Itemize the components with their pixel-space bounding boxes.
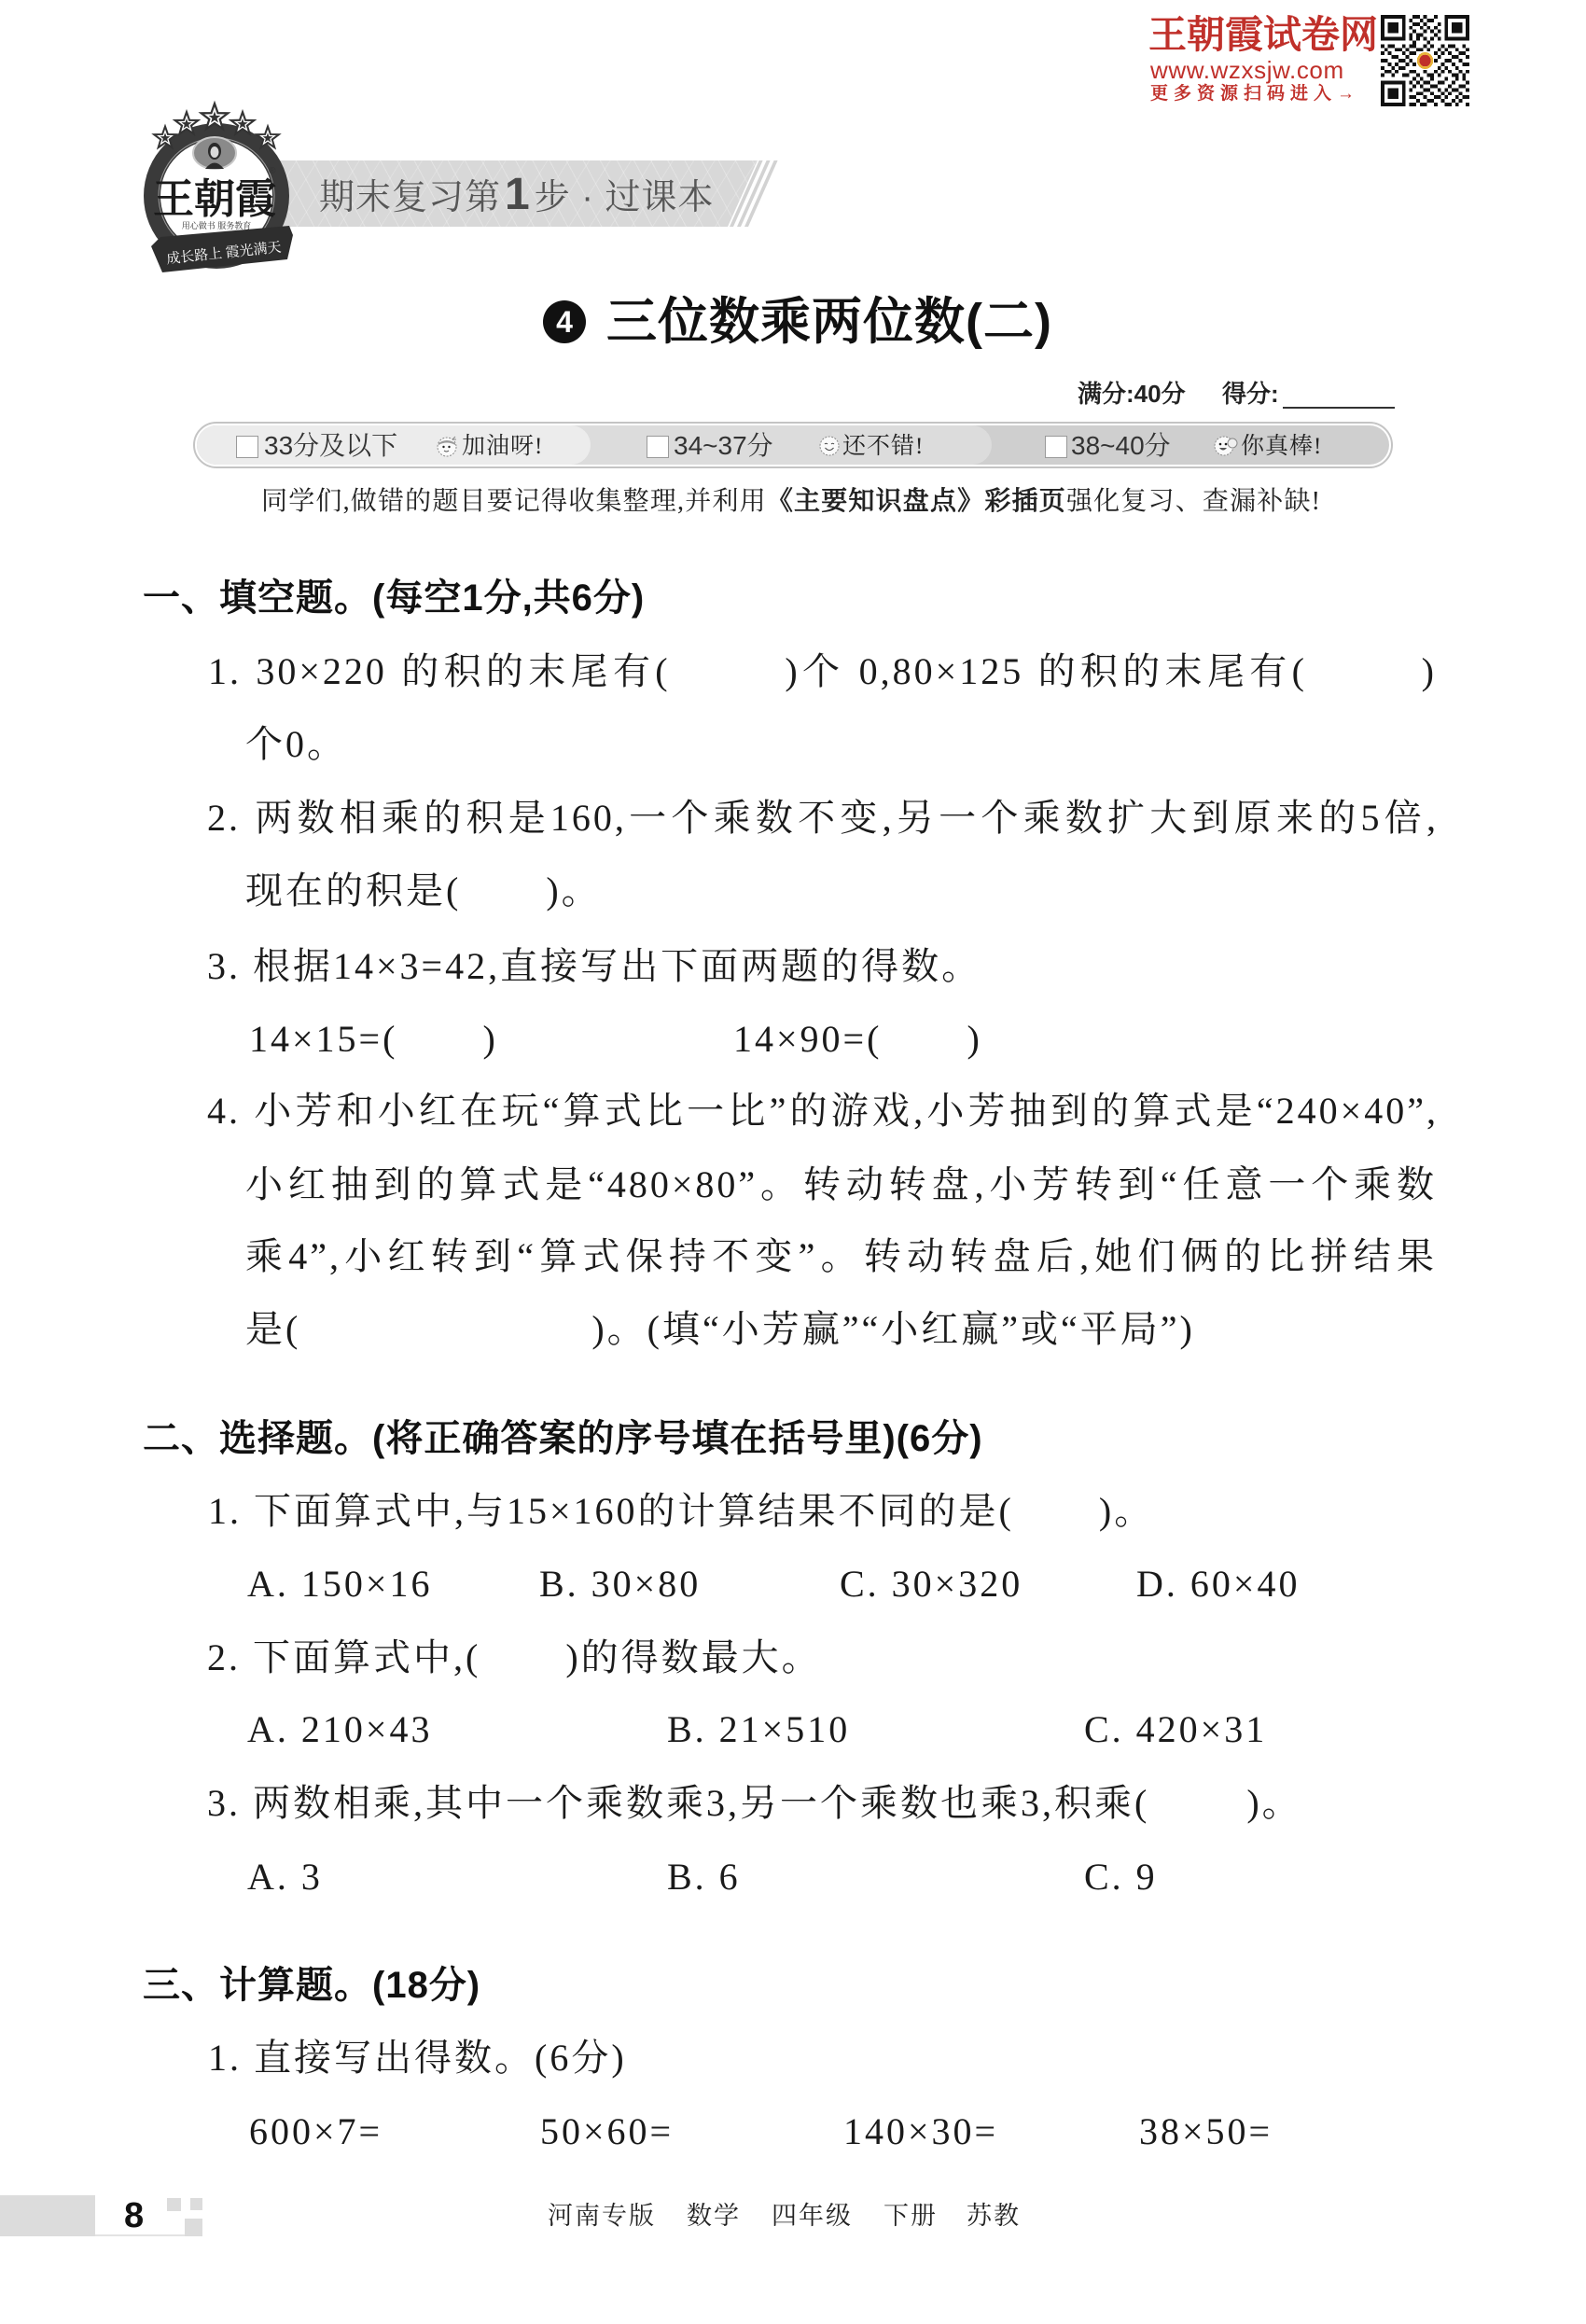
section-heading-calculation: 三、计算题。(18分) [143, 1962, 480, 2009]
calc-item: 38×50= [1139, 2108, 1273, 2155]
brand-url-link[interactable]: www.wzxsjw.com [1150, 57, 1344, 83]
reminder-note: 同学们,做错的题目要记得收集整理,并利用《主要知识盘点》彩插页强化复习、查漏补缺… [261, 482, 1320, 520]
lesson-number-badge: 4 [543, 300, 586, 343]
footer-bar [0, 2195, 95, 2236]
footer-edition: 河南专版 [548, 2202, 656, 2230]
publisher-logo: 王朝霞 ® 用心做书 服务教育 成长路上 霞光满天 [138, 95, 295, 274]
choice-option-b: B. 21×510 [667, 1706, 850, 1753]
banner-step-number: 1 [505, 170, 531, 219]
banner-title: 期末复习第1步 · 过课本 [319, 173, 715, 220]
footer-publisher: 苏教 [967, 2202, 1021, 2230]
brand-name: 王朝霞试卷网 [1148, 13, 1378, 56]
answer-item: 14×90=( ) [733, 1016, 982, 1063]
choice-option-c: C. 420×31 [1084, 1706, 1267, 1753]
choice-option-d: D. 60×40 [1136, 1561, 1300, 1607]
rating-range-3: 38~40分 [1071, 432, 1171, 460]
reminder-text-after: 强化复习、查漏补缺! [1066, 487, 1320, 516]
page-number: 8 [124, 2192, 144, 2239]
rating-range-1: 33分及以下 [264, 432, 397, 460]
question-line: 个0。 [245, 721, 347, 768]
portrait-icon [193, 137, 236, 169]
rating-comment-3: 你真棒! [1241, 433, 1322, 461]
score-input[interactable] [1283, 384, 1395, 409]
brand-cta: 更多资源扫码进入→ [1150, 84, 1360, 104]
question-line: 3. 两数相乘,其中一个乘数乘3,另一个乘数也乘3,积乘( )。 [207, 1780, 1302, 1827]
choice-option-b: B. 6 [667, 1854, 741, 1900]
footer-grade: 四年级 [772, 2202, 853, 2230]
choice-option-b: B. 30×80 [539, 1561, 701, 1607]
score-rating-bar: 33分及以下 加油呀! 34~37分 还不错! 38~40分 你真棒! [193, 422, 1393, 468]
question-line: 2. 下面算式中,( )的得数最大。 [207, 1635, 822, 1681]
answer-item: 14×15=( ) [249, 1016, 498, 1063]
score-label: 得分: [1222, 380, 1279, 408]
qr-code-icon [1381, 15, 1469, 106]
full-score-label: 满分:40分 [1078, 380, 1186, 408]
footer-decor-square [167, 2198, 181, 2211]
rating-comment-2: 还不错! [842, 433, 924, 461]
logo-slogan: 用心做书 服务教育 [182, 220, 252, 230]
section-heading-multiple-choice: 二、选择题。(将正确答案的序号填在括号里)(6分) [143, 1415, 983, 1462]
question-line: 4. 小芳和小红在玩“算式比一比”的游戏,小芳抽到的算式是“240×40”, [207, 1088, 1439, 1134]
question-line: 1. 下面算式中,与15×160的计算结果不同的是( )。 [208, 1488, 1154, 1535]
choice-option-a: A. 150×16 [247, 1561, 432, 1607]
footer-term: 下册 [883, 2202, 938, 2230]
calc-item: 50×60= [540, 2108, 674, 2155]
footer-decor-square [190, 2198, 202, 2210]
question-line: 小红抽到的算式是“480×80”。转动转盘,小芳转到“任意一个乘数 [245, 1162, 1437, 1208]
rating-range-2: 34~37分 [674, 432, 773, 460]
calc-item: 600×7= [249, 2108, 383, 2155]
reminder-highlight: 《主要知识盘点》彩插页 [767, 486, 1066, 515]
face-happy-icon [1213, 435, 1239, 457]
calc-item: 140×30= [843, 2108, 998, 2155]
reminder-text-before: 同学们,做错的题目要记得收集整理,并利用 [261, 487, 767, 516]
logo-name: 王朝霞 [153, 176, 276, 222]
choice-option-c: C. 30×320 [840, 1561, 1023, 1607]
choice-option-a: A. 210×43 [247, 1706, 432, 1753]
rating-comment-1: 加油呀! [462, 433, 543, 461]
banner-prefix: 期末复习第 [319, 178, 501, 217]
question-line: 1. 30×220 的积的末尾有( )个 0,80×125 的积的末尾有( ) [208, 648, 1437, 695]
rating-checkbox-2[interactable] [647, 436, 669, 458]
question-line: 2. 两数相乘的积是160,一个乘数不变,另一个乘数扩大到原来的5倍, [207, 795, 1439, 842]
banner-suffix: 步 · 过课本 [535, 178, 715, 217]
rating-checkbox-3[interactable] [1045, 436, 1067, 458]
section-heading-fill-in: 一、填空题。(每空1分,共6分) [143, 575, 645, 621]
page-title: 三位数乘两位数(二) [606, 295, 1052, 349]
question-line: 1. 直接写出得数。(6分) [208, 2035, 627, 2081]
footer-decor-square [185, 2219, 202, 2236]
choice-option-a: A. 3 [247, 1854, 323, 1900]
choice-option-c: C. 9 [1084, 1854, 1158, 1900]
face-smile-icon [818, 435, 841, 457]
rating-checkbox-1[interactable] [236, 436, 258, 458]
question-line: 3. 根据14×3=42,直接写出下面两题的得数。 [207, 943, 981, 990]
question-line: 是( )。(填“小芳赢”“小红赢”或“平局”) [245, 1306, 1195, 1353]
face-bandana-icon [436, 435, 458, 457]
question-line: 现在的积是( )。 [245, 868, 602, 914]
registered-mark: ® [269, 166, 276, 176]
footer-subject: 数学 [687, 2202, 741, 2230]
question-line: 乘4”,小红转到“算式保持不变”。转动转盘后,她们俩的比拼结果 [245, 1233, 1437, 1280]
